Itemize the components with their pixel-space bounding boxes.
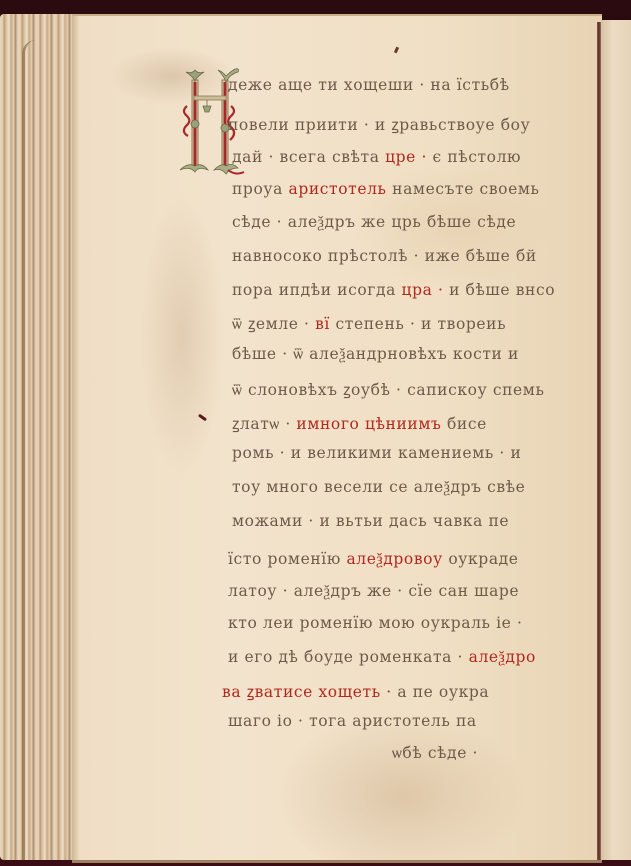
- text-segment: ꙁлатѡ ·: [232, 415, 296, 433]
- text-line: ѡбѣ сѣде ·: [392, 744, 478, 763]
- text-segment: тоу много весели се алеѯдръ свѣе: [232, 478, 525, 496]
- text-line: навносоко прѣстолѣ · иже бѣше бй: [232, 247, 537, 265]
- text-segment: ѿ слоновѣхъ ꙁоубѣ · сапискоу спемь: [232, 381, 545, 399]
- text-line: кто леи роменїю мою оукраль іе ·: [228, 614, 523, 632]
- manuscript-text: деже аще ти хощеши · на їстьбѣ повели пр…: [0, 0, 631, 866]
- text-line: тоу много весели се алеѯдръ свѣе: [232, 478, 525, 497]
- text-line: пора ипдѣи исогда цра · и бѣше внсо: [232, 281, 555, 299]
- text-segment: и его дѣ боуде роменката ·: [228, 648, 469, 666]
- text-line: бѣше · ѿ алеѯандрновѣхъ кости и: [232, 345, 519, 364]
- text-segment: намесъте своемь: [387, 180, 540, 198]
- text-segment: и бѣше внсо: [444, 281, 556, 299]
- text-segment: кто леи роменїю мою оукраль іе ·: [228, 614, 523, 632]
- rubric-segment: алеѯдровоу: [346, 550, 442, 568]
- text-segment: бисе: [441, 415, 486, 433]
- text-segment: сѣде · алеѯдръ же црь бѣше сѣде: [232, 213, 516, 231]
- text-segment: латоу · алеѯдръ же · сїе сан шаре: [228, 582, 519, 600]
- text-line: можами · и вьтьи дась чавка пе: [232, 512, 509, 530]
- text-line: сѣде · алеѯдръ же црь бѣше сѣде: [232, 213, 516, 232]
- text-line: їсто роменїю алеѯдровоу оукраде: [228, 550, 519, 569]
- text-line: ромь · и великими камениемь · и: [232, 444, 521, 462]
- text-line: ꙁлатѡ · имного цѣниимъ бисе: [232, 412, 487, 434]
- text-line: повели приити · и ꙁравьствоуе боу: [228, 113, 530, 135]
- text-segment: дай · всега свѣта: [232, 148, 385, 166]
- text-segment: навносоко прѣстолѣ · иже бѣше бй: [232, 247, 537, 265]
- text-segment: оукраде: [443, 550, 519, 568]
- text-segment: є пѣстолю: [427, 148, 521, 166]
- text-segment: деже аще ти хощеши · на їстьбѣ: [228, 76, 510, 94]
- rubric-segment: алеѯдро: [469, 648, 536, 666]
- rubric-segment: вї: [315, 315, 330, 333]
- text-line: ѿ слоновѣхъ ꙁоубѣ · сапискоу спемь: [232, 378, 545, 400]
- text-segment: пора ипдѣи исогда: [232, 281, 402, 299]
- text-line: латоу · алеѯдръ же · сїе сан шаре: [228, 582, 519, 601]
- rubric-segment: цра ·: [402, 281, 444, 299]
- rubric-segment: ва ꙁватисе хощеть ·: [222, 683, 392, 701]
- text-segment: степень · и твореиь: [330, 315, 506, 333]
- text-segment: їсто роменїю: [228, 550, 346, 568]
- text-line: ва ꙁватисе хощеть · а пе оукра: [222, 680, 489, 702]
- text-segment: бѣше · ѿ алеѯандрновѣхъ кости и: [232, 345, 519, 363]
- text-line: ѿ ꙁемле · вї степень · и твореиь: [232, 312, 506, 334]
- text-segment: можами · и вьтьи дась чавка пе: [232, 512, 509, 530]
- text-segment: ѿ ꙁемле ·: [232, 315, 315, 333]
- text-segment: а пе оукра: [392, 683, 489, 701]
- text-line: и его дѣ боуде роменката · алеѯдро: [228, 648, 536, 667]
- text-segment: повели приити · и ꙁравьствоуе боу: [228, 116, 530, 134]
- rubric-segment: аристотель: [288, 180, 386, 198]
- text-segment: шаго іо · тога аристотель па: [228, 712, 477, 730]
- text-line: проуа аристотель намесъте своемь: [232, 180, 540, 198]
- text-line: дай · всега свѣта цре · є пѣстолю: [232, 148, 521, 166]
- text-line: шаго іо · тога аристотель па: [228, 712, 477, 730]
- rubric-segment: имного цѣниимъ: [296, 415, 441, 433]
- rubric-segment: цре ·: [385, 148, 427, 166]
- text-segment: ромь · и великими камениемь · и: [232, 444, 521, 462]
- text-segment: проуа: [232, 180, 288, 198]
- text-segment: ѡбѣ сѣде ·: [392, 744, 478, 762]
- text-line: деже аще ти хощеши · на їстьбѣ: [228, 76, 510, 94]
